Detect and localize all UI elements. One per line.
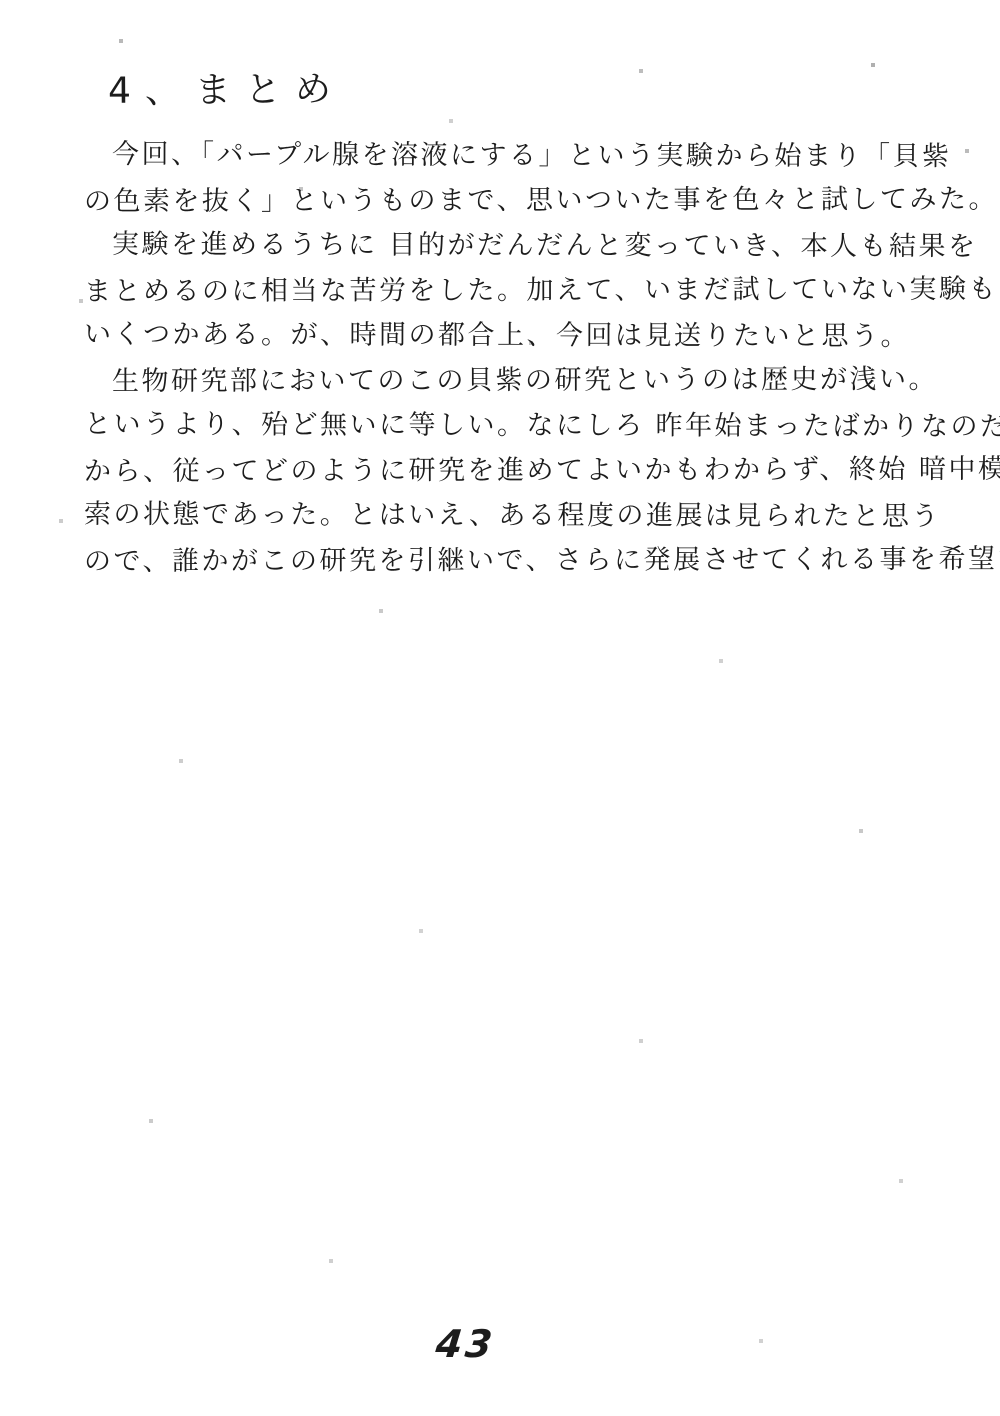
text-line: 索の状態であった。とはいえ、ある程度の進展は見られたと思う xyxy=(84,492,944,539)
text-line: から、従ってどのように研究を進めてよいかもわからず、終始 暗中模 xyxy=(84,447,944,494)
section-heading: 4、まとめ xyxy=(108,61,345,114)
text-line: 実験を進めるうちに 目的がだんだんと変っていき、本人も結果を xyxy=(84,222,944,269)
text-line: 生物研究部においてのこの貝紫の研究というのは歴史が浅い。 xyxy=(84,357,944,404)
text-line: の色素を抜く」というものまで、思いついた事を色々と試してみた。 xyxy=(84,177,944,224)
scan-noise xyxy=(0,0,2,2)
text-line: 今回、「パープル腺を溶液にする」という実験から始まり「貝紫 xyxy=(84,132,944,179)
body-text: 今回、「パープル腺を溶液にする」という実験から始まり「貝紫 の色素を抜く」という… xyxy=(84,133,944,583)
page-number: 43 xyxy=(434,1322,498,1366)
text-line: というより、殆ど無いに等しい。なにしろ 昨年始まったばかりなのだ xyxy=(84,402,944,449)
text-line: ので、誰かがこの研究を引継いで、さらに発展させてくれる事を希望する。 xyxy=(84,537,944,584)
text-line: まとめるのに相当な苦労をした。加えて、いまだ試していない実験も xyxy=(84,267,944,314)
document-page: 4、まとめ 今回、「パープル腺を溶液にする」という実験から始まり「貝紫 の色素を… xyxy=(0,0,1000,1416)
text-line: いくつかある。が、時間の都合上、今回は見送りたいと思う。 xyxy=(84,312,944,359)
